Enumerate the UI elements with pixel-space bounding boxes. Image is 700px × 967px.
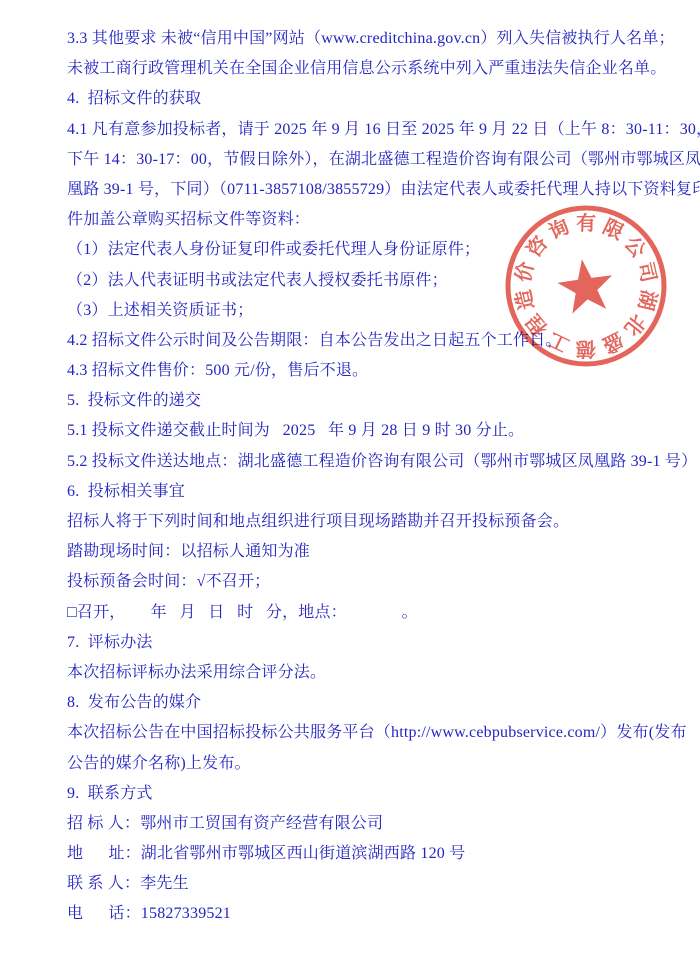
doc-line-site-visit-intro: 招标人将于下列时间和地点组织进行项目现场踏勘并召开投标预备会。	[67, 507, 642, 537]
section-heading-7-evaluation: 7. 评标办法	[67, 628, 642, 658]
doc-line-media-continued: 公告的媒介名称)上发布。	[67, 749, 642, 779]
section-heading-4-obtain-tender-docs: 4. 招标文件的获取	[67, 84, 642, 114]
doc-line-3-3-continued: 未被工商行政管理机关在全国企业信用信息公示系统中列入严重违法失信企业名单。	[67, 54, 642, 84]
section-heading-8-media: 8. 发布公告的媒介	[67, 688, 642, 718]
doc-line-meeting-blank-form: □召开， 年 月 日 时 分，地点： 。	[67, 598, 642, 628]
doc-line-media-platform: 本次招标公告在中国招标投标公共服务平台（http://www.cebpubser…	[67, 718, 642, 748]
doc-line-tenderer: 招 标 人：鄂州市工贸国有资产经营有限公司	[67, 809, 642, 839]
doc-line-4-1-schedule: 4.1 凡有意参加投标者，请于 2025 年 9 月 16 日至 2025 年 …	[67, 115, 642, 145]
doc-line-phone-number: 电 话：15827339521	[67, 899, 642, 929]
doc-line-4-1-materials: 件加盖公章购买招标文件等资料：	[67, 205, 642, 235]
doc-line-pre-bid-meeting-checked: 投标预备会时间：√不召开；	[67, 567, 642, 597]
doc-line-4-2-publicity-period: 4.2 招标文件公示时间及公告期限：自本公告发出之日起五个工作日。	[67, 326, 642, 356]
doc-line-item-1-id-copy: （1）法定代表人身份证复印件或委托代理人身份证原件；	[67, 235, 642, 265]
doc-line-5-1-deadline: 5.1 投标文件递交截止时间为 2025 年 9 月 28 日 9 时 30 分…	[67, 416, 642, 446]
doc-line-4-1-location: 下午 14：30-17：00，节假日除外），在湖北盛德工程造价咨询有限公司（鄂州…	[67, 145, 642, 175]
doc-line-5-2-delivery-place: 5.2 投标文件送达地点：湖北盛德工程造价咨询有限公司（鄂州市鄂城区凤凰路 39…	[67, 447, 642, 477]
doc-line-item-2-authorization: （2）法人代表证明书或法定代表人授权委托书原件；	[67, 266, 642, 296]
doc-line-item-3-certificates: （3）上述相关资质证书；	[67, 296, 642, 326]
document-page: 3.3 其他要求 未被“信用中国”网站（www.creditchina.gov.…	[0, 0, 700, 967]
section-heading-9-contact: 9. 联系方式	[67, 779, 642, 809]
doc-line-3-3-other-requirements: 3.3 其他要求 未被“信用中国”网站（www.creditchina.gov.…	[67, 24, 642, 54]
doc-line-4-1-phone: 凰路 39-1 号，下同）（0711-3857108/3855729）由法定代表…	[67, 175, 642, 205]
doc-line-address: 地 址：湖北省鄂州市鄂城区西山街道滨湖西路 120 号	[67, 839, 642, 869]
doc-line-4-3-price: 4.3 招标文件售价：500 元/份，售后不退。	[67, 356, 642, 386]
section-heading-6-bid-matters: 6. 投标相关事宜	[67, 477, 642, 507]
document-body: 3.3 其他要求 未被“信用中国”网站（www.creditchina.gov.…	[67, 24, 642, 930]
section-heading-5-bid-submission: 5. 投标文件的递交	[67, 386, 642, 416]
doc-line-evaluation-method: 本次招标评标办法采用综合评分法。	[67, 658, 642, 688]
doc-line-contact-person: 联 系 人：李先生	[67, 869, 642, 899]
doc-line-site-visit-time: 踏勘现场时间：以招标人通知为准	[67, 537, 642, 567]
